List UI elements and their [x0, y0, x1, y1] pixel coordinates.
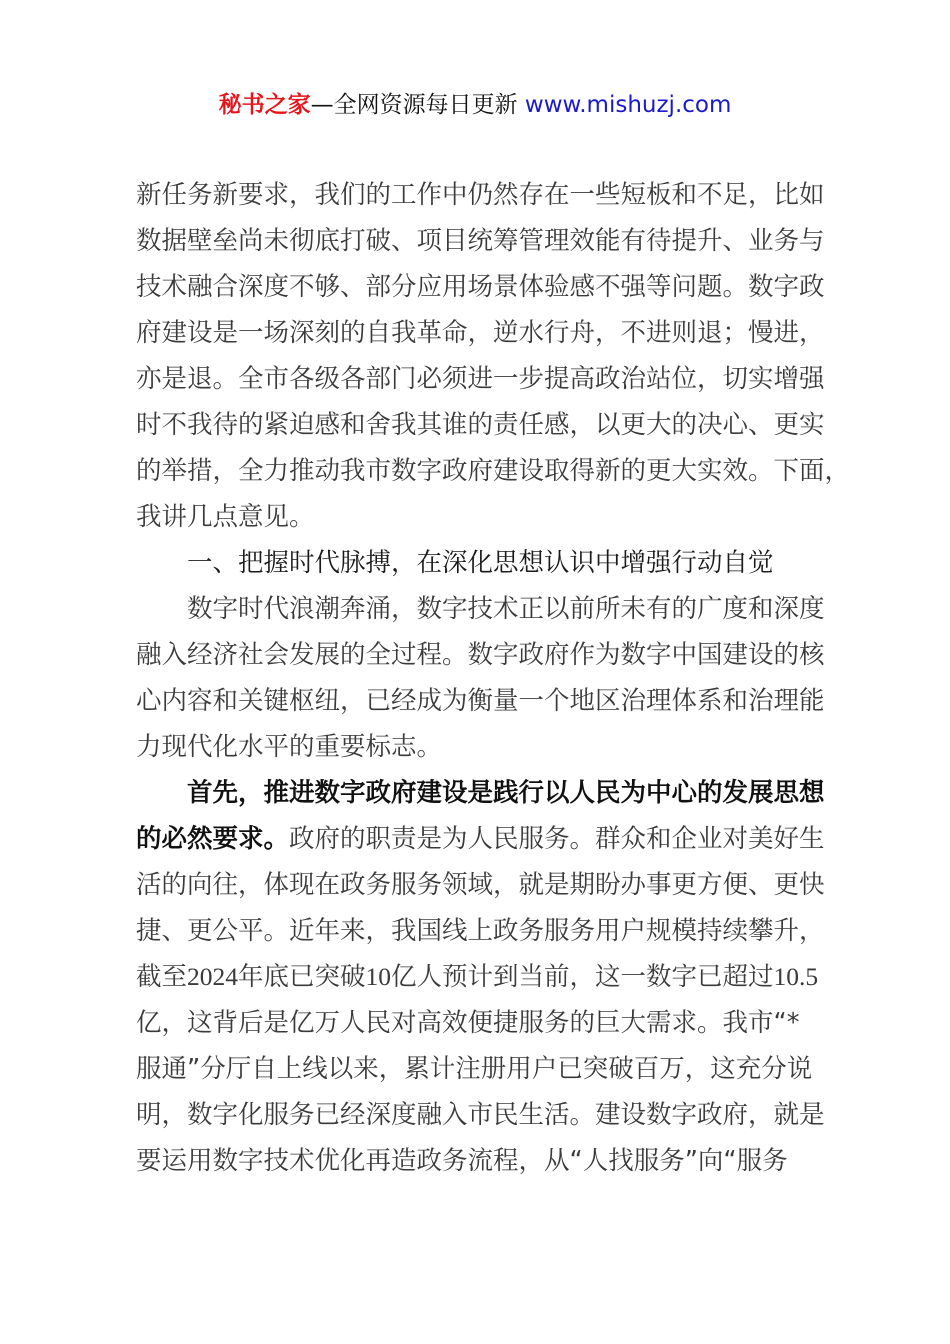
text-segment: 截至	[136, 962, 187, 992]
text-line: 服通”分厅自上线以来，累计注册用户已突破百万，这充分说	[136, 1046, 828, 1092]
text-line: 截至2024年底已突破10亿人预计到当前，这一数字已超过10.5	[136, 954, 828, 1000]
text-line: 时不我待的紧迫感和舍我其谁的责任感，以更大的决心、更实	[136, 402, 828, 448]
text-line: 亦是退。全市各级各部门必须进一步提高政治站位，切实增强	[136, 356, 828, 402]
emphasis-lead-tail: 的必然要求。	[136, 824, 289, 854]
text-line: 捷、更公平。近年来，我国线上政务服务用户规模持续攀升，	[136, 908, 828, 954]
section-heading: 一、把握时代脉搏，在深化思想认识中增强行动自觉	[136, 540, 828, 586]
text-segment: 政府的职责是为人民服务。群众和企业对美好生	[289, 824, 825, 854]
header-tagline: —全网资源每日更新	[311, 92, 525, 118]
brand-name: 秘书之家	[219, 92, 311, 118]
text-segment: 亿人预计到当前，这一数字已超过	[391, 962, 774, 992]
text-line: 要运用数字技术优化再造政务流程，从“人找服务”向“服务	[136, 1138, 828, 1184]
text-line: 力现代化水平的重要标志。	[136, 724, 828, 770]
text-line: 数据壁垒尚未彻底打破、项目统筹管理效能有待提升、业务与	[136, 218, 828, 264]
text-line: 亿，这背后是亿万人民对高效便捷服务的巨大需求。我市“*	[136, 1000, 828, 1046]
text-line: 府建设是一场深刻的自我革命，逆水行舟，不进则退；慢进，	[136, 310, 828, 356]
user-count-number: 10	[366, 962, 392, 991]
text-line: 活的向往，体现在政务服务领域，就是期盼办事更方便、更快	[136, 862, 828, 908]
text-segment: 年底已突破	[238, 962, 366, 992]
text-line: 明，数字化服务已经深度融入市民生活。建设数字政府，就是	[136, 1092, 828, 1138]
emphasis-lead-line: 首先，推进数字政府建设是践行以人民为中心的发展思想	[136, 770, 828, 816]
user-count-number: 10.5	[774, 962, 819, 991]
site-url-link[interactable]: www.mishuzj.com	[525, 92, 731, 118]
text-line: 融入经济社会发展的全过程。数字政府作为数字中国建设的核	[136, 632, 828, 678]
text-line: 的必然要求。政府的职责是为人民服务。群众和企业对美好生	[136, 816, 828, 862]
text-line: 心内容和关键枢纽，已经成为衡量一个地区治理体系和治理能	[136, 678, 828, 724]
page-header: 秘书之家—全网资源每日更新 www.mishuzj.com	[0, 88, 950, 122]
text-line: 新任务新要求，我们的工作中仍然存在一些短板和不足，比如	[136, 172, 828, 218]
text-line: 技术融合深度不够、部分应用场景体验感不强等问题。数字政	[136, 264, 828, 310]
document-body: 新任务新要求，我们的工作中仍然存在一些短板和不足，比如 数据壁垒尚未彻底打破、项…	[136, 172, 828, 1184]
year-number: 2024	[187, 962, 238, 991]
text-line: 的举措，全力推动我市数字政府建设取得新的更大实效。下面，	[136, 448, 828, 494]
text-line: 数字时代浪潮奔涌，数字技术正以前所未有的广度和深度	[136, 586, 828, 632]
text-line: 我讲几点意见。	[136, 494, 828, 540]
